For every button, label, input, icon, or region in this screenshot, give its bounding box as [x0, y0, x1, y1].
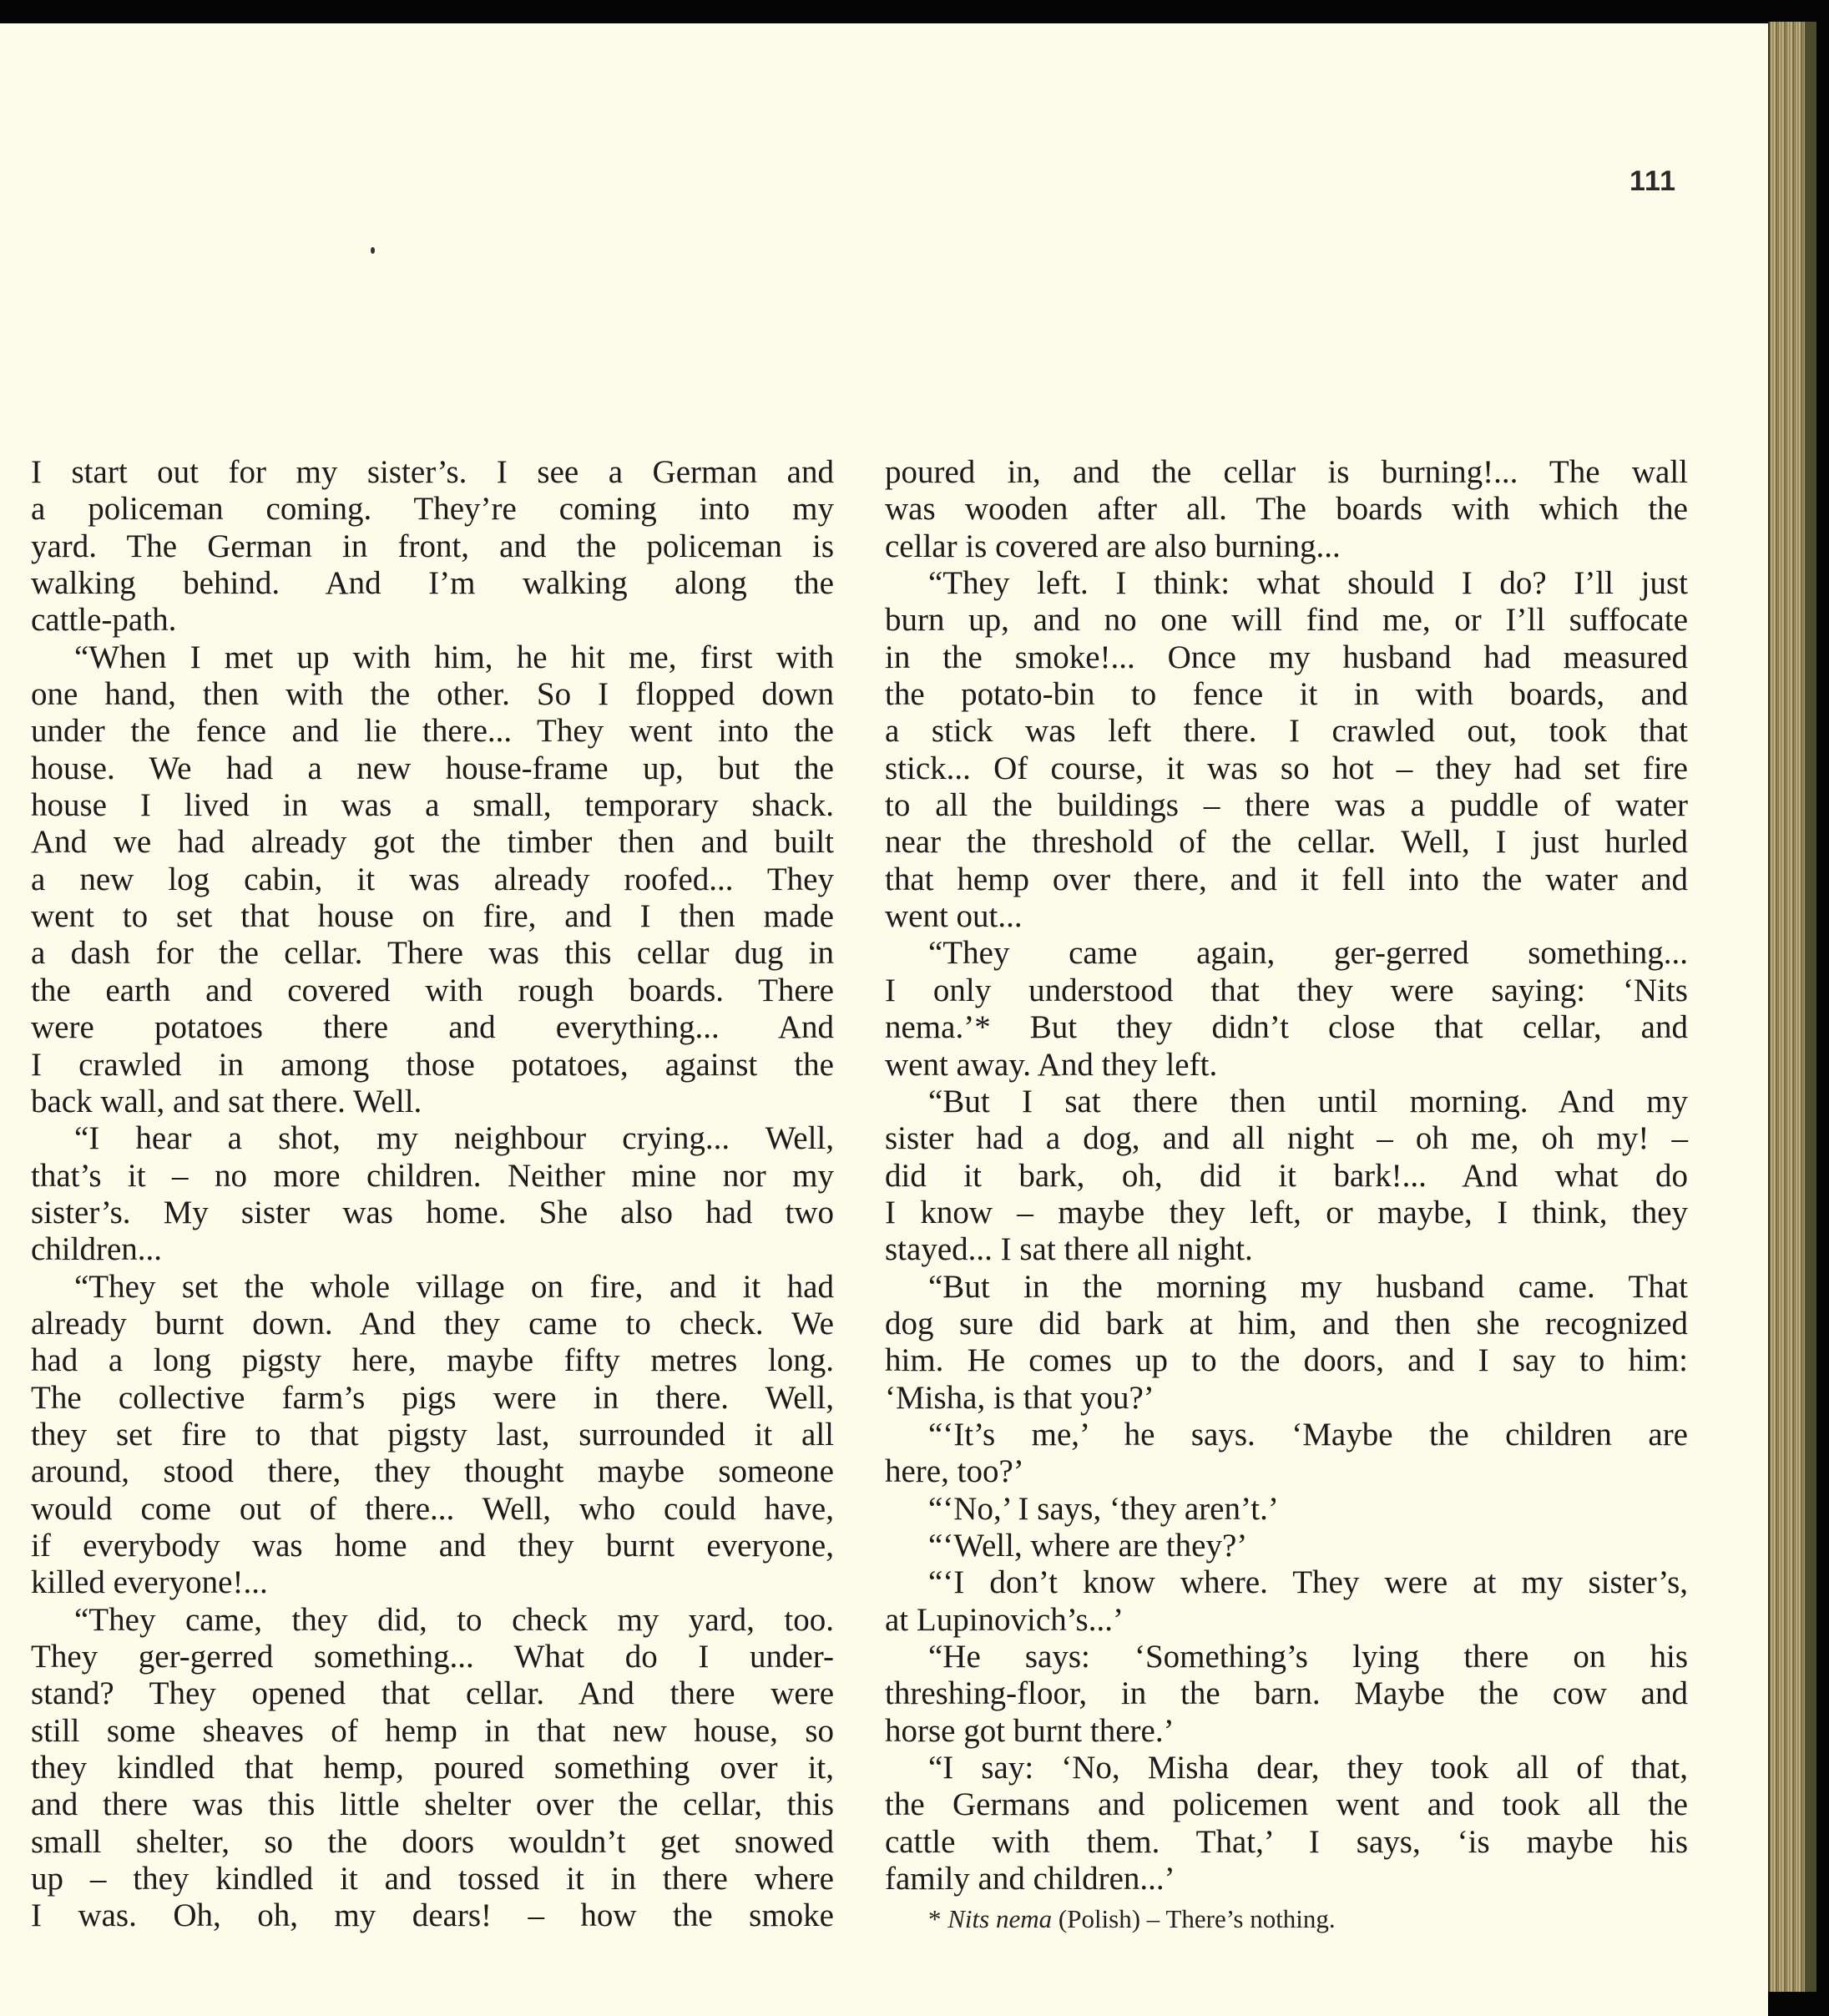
ink-speck: [371, 247, 375, 254]
text-line: here, too?’: [885, 1453, 1688, 1490]
text-line: “‘No,’ I says, ‘they aren’t.’: [885, 1491, 1688, 1528]
text-line: ‘Misha, is that you?’: [885, 1380, 1688, 1417]
text-line: went out...: [885, 898, 1688, 935]
text-line: at Lupinovich’s...’: [885, 1602, 1688, 1639]
text-line: him. He comes up to the doors, and I say…: [885, 1342, 1688, 1379]
text-line: house. We had a new house-frame up, but …: [31, 750, 834, 787]
text-line: went away. And they left.: [885, 1047, 1688, 1084]
text-line: the earth and covered with rough boards.…: [31, 973, 834, 1009]
text-line: I was. Oh, oh, my dears! – how the smoke: [31, 1897, 834, 1934]
text-line: to all the buildings – there was a puddl…: [885, 787, 1688, 824]
text-line: was wooden after all. The boards with wh…: [885, 491, 1688, 528]
book-page-edges: [1768, 22, 1805, 1992]
footnote-marker: *: [928, 1904, 947, 1933]
text-line: killed everyone!...: [31, 1564, 834, 1601]
text-column-left: I start out for my sister’s. I see a Ger…: [31, 454, 834, 1935]
text-line: one hand, then with the other. So I flop…: [31, 676, 834, 713]
text-line: “I hear a shot, my neighbour crying... W…: [31, 1120, 834, 1157]
text-line: stayed... I sat there all night.: [885, 1231, 1688, 1268]
text-line: “I say: ‘No, Misha dear, they took all o…: [885, 1750, 1688, 1786]
text-line: “‘I don’t know where. They were at my si…: [885, 1564, 1688, 1601]
text-column-right: poured in, and the cellar is burning!...…: [885, 454, 1688, 1936]
text-line: that hemp over there, and it fell into t…: [885, 861, 1688, 898]
text-line: horse got burnt there.’: [885, 1713, 1688, 1750]
text-line: did it bark, oh, did it bark!... And wha…: [885, 1158, 1688, 1195]
text-line: burn up, and no one will find me, or I’l…: [885, 602, 1688, 639]
text-line: I know – maybe they left, or maybe, I th…: [885, 1195, 1688, 1231]
text-line: family and children...’: [885, 1861, 1688, 1897]
text-line: yard. The German in front, and the polic…: [31, 528, 834, 565]
text-line: near the threshold of the cellar. Well, …: [885, 824, 1688, 861]
text-line: I only understood that they were saying:…: [885, 973, 1688, 1009]
text-line: back wall, and sat there. Well.: [31, 1084, 834, 1120]
text-line: they kindled that hemp, poured something…: [31, 1750, 834, 1786]
text-line: sister’s. My sister was home. She also h…: [31, 1195, 834, 1231]
text-line: They ger-gerred something... What do I u…: [31, 1639, 834, 1675]
page-number: 111: [1629, 165, 1676, 198]
text-line: house I lived in was a small, temporary …: [31, 787, 834, 824]
text-line: dog sure did bark at him, and then she r…: [885, 1306, 1688, 1342]
text-line: already burnt down. And they came to che…: [31, 1306, 834, 1342]
text-line: “‘It’s me,’ he says. ‘Maybe the children…: [885, 1417, 1688, 1453]
text-line: a new log cabin, it was already roofed..…: [31, 861, 834, 898]
text-line: “But I sat there then until morning. And…: [885, 1084, 1688, 1120]
text-line: under the fence and lie there... They we…: [31, 713, 834, 750]
text-line: up – they kindled it and tossed it in th…: [31, 1861, 834, 1897]
text-line: “They set the whole village on fire, and…: [31, 1269, 834, 1306]
text-line: if everybody was home and they burnt eve…: [31, 1528, 834, 1564]
text-line: walking behind. And I’m walking along th…: [31, 565, 834, 602]
text-line: I crawled in among those potatoes, again…: [31, 1047, 834, 1084]
text-line: nema.’* But they didn’t close that cella…: [885, 1009, 1688, 1046]
text-line: cattle with them. That,’ I says, ‘is may…: [885, 1824, 1688, 1861]
text-line: still some sheaves of hemp in that new h…: [31, 1713, 834, 1750]
text-line: “They came, they did, to check my yard, …: [31, 1602, 834, 1639]
text-line: “They came again, ger-gerred something..…: [885, 935, 1688, 972]
footnote: * Nits nema (Polish) – There’s nothing.: [885, 1902, 1688, 1936]
text-line: had a long pigsty here, maybe fifty metr…: [31, 1342, 834, 1379]
text-line: went to set that house on fire, and I th…: [31, 898, 834, 935]
book-page: 111 I start out for my sister’s. I see a…: [0, 23, 1768, 2016]
right-column-lines: poured in, and the cellar is burning!...…: [885, 454, 1688, 1897]
text-line: a dash for the cellar. There was this ce…: [31, 935, 834, 972]
text-line: The collective farm’s pigs were in there…: [31, 1380, 834, 1417]
text-line: would come out of there... Well, who cou…: [31, 1491, 834, 1528]
text-line: they set fire to that pigsty last, surro…: [31, 1417, 834, 1453]
text-line: a policeman coming. They’re coming into …: [31, 491, 834, 528]
text-line: small shelter, so the doors wouldn’t get…: [31, 1824, 834, 1861]
text-line: poured in, and the cellar is burning!...…: [885, 454, 1688, 491]
text-line: threshing-floor, in the barn. Maybe the …: [885, 1675, 1688, 1712]
text-line: sister had a dog, and all night – oh me,…: [885, 1120, 1688, 1157]
text-line: “‘Well, where are they?’: [885, 1528, 1688, 1564]
text-line: in the smoke!... Once my husband had mea…: [885, 639, 1688, 676]
text-line: I start out for my sister’s. I see a Ger…: [31, 454, 834, 491]
text-line: “When I met up with him, he hit me, firs…: [31, 639, 834, 676]
text-line: and there was this little shelter over t…: [31, 1786, 834, 1823]
footnote-term: Nits nema: [947, 1904, 1052, 1933]
text-line: “They left. I think: what should I do? I…: [885, 565, 1688, 602]
text-line: around, stood there, they thought maybe …: [31, 1453, 834, 1490]
text-line: children...: [31, 1231, 834, 1268]
text-line: that’s it – no more children. Neither mi…: [31, 1158, 834, 1195]
text-line: “But in the morning my husband came. Tha…: [885, 1269, 1688, 1306]
text-line: stick... Of course, it was so hot – they…: [885, 750, 1688, 787]
text-line: And we had already got the timber then a…: [31, 824, 834, 861]
footnote-text: (Polish) – There’s nothing.: [1052, 1904, 1336, 1933]
text-line: cellar is covered are also burning...: [885, 528, 1688, 565]
text-line: were potatoes there and everything... An…: [31, 1009, 834, 1046]
text-line: the Germans and policemen went and took …: [885, 1786, 1688, 1823]
text-line: cattle-path.: [31, 602, 834, 639]
text-line: “He says: ‘Something’s lying there on hi…: [885, 1639, 1688, 1675]
text-line: stand? They opened that cellar. And ther…: [31, 1675, 834, 1712]
text-line: a stick was left there. I crawled out, t…: [885, 713, 1688, 750]
text-line: the potato-bin to fence it in with board…: [885, 676, 1688, 713]
